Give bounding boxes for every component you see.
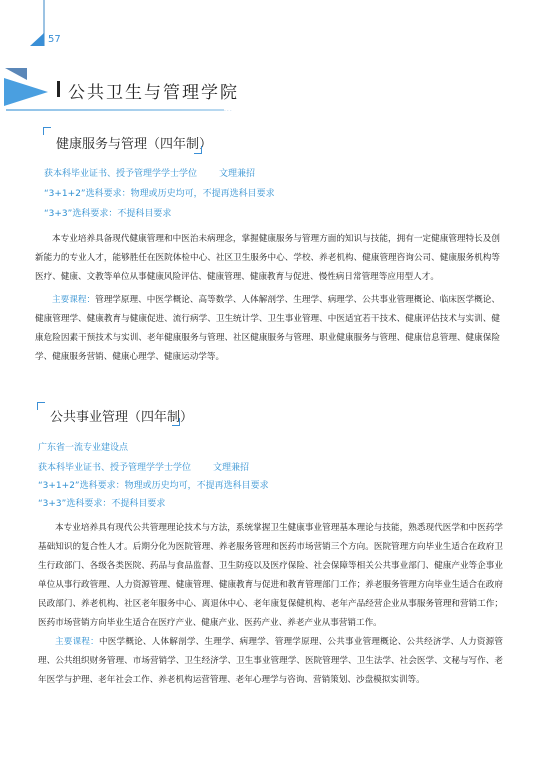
requirement-312: “3+1+2”选科要求：物理或历史均可，不提再选科目要求 [44,186,275,199]
courses-paragraph: 主要课程：管理学原理、中医学概论、高等数学、人体解剖学、生理学、病理学、公共事业… [35,291,500,367]
courses-label: 主要课程： [52,295,95,305]
page-number: 57 [48,34,61,45]
header-bar-mark [57,81,60,97]
corner-bracket-top-left [37,402,45,410]
admission-text: 文理兼招 [219,169,255,179]
section-description: 本专业培养具有现代公共管理理论技术与方法，系统掌握卫生健康事业管理基本理论与技能… [38,519,503,633]
header-underline [6,109,224,111]
courses-label: 主要课程： [55,637,99,647]
corner-bracket-bottom-right [194,146,202,154]
section-title: 健康服务与管理（四年制） [56,133,212,152]
page-title: 公共卫生与管理学院 [68,78,239,103]
degree-text: 获本科毕业证书、授予管理学学士学位 [38,463,191,473]
requirement-33: “3+3”选科要求：不提科目要求 [44,206,171,219]
corner-bracket-top-left [43,127,51,135]
courses-list: 中医学概论、人体解剖学、生理学、病理学、管理学原理、公共事业管理概论、公共经济学… [38,637,503,685]
degree-text: 获本科毕业证书、授予管理学学士学位 [44,169,197,179]
degree-line: 获本科毕业证书、授予管理学学士学位文理兼招 [38,460,249,473]
header-underline-dots: ··· [224,108,233,115]
section-note: 广东省一流专业建设点 [38,440,128,453]
header-triangle-icon [4,78,48,106]
page-number-triangle-icon [30,33,44,46]
courses-list: 管理学原理、中医学概论、高等数学、人体解剖学、生理学、病理学、公共事业管理概论、… [35,295,500,362]
courses-paragraph: 主要课程：中医学概论、人体解剖学、生理学、病理学、管理学原理、公共事业管理概论、… [38,633,503,690]
requirement-312: “3+1+2”选科要求：物理或历史均可，不提再选科目要求 [38,478,269,491]
corner-bracket-bottom-right [172,418,180,426]
requirement-33: “3+3”选科要求：不提科目要求 [38,496,165,509]
section-description: 本专业培养具备现代健康管理和中医治未病理念，掌握健康服务与管理方面的知识与技能，… [35,230,500,287]
degree-line: 获本科毕业证书、授予管理学学士学位文理兼招 [44,166,255,179]
admission-text: 文理兼招 [213,463,249,473]
